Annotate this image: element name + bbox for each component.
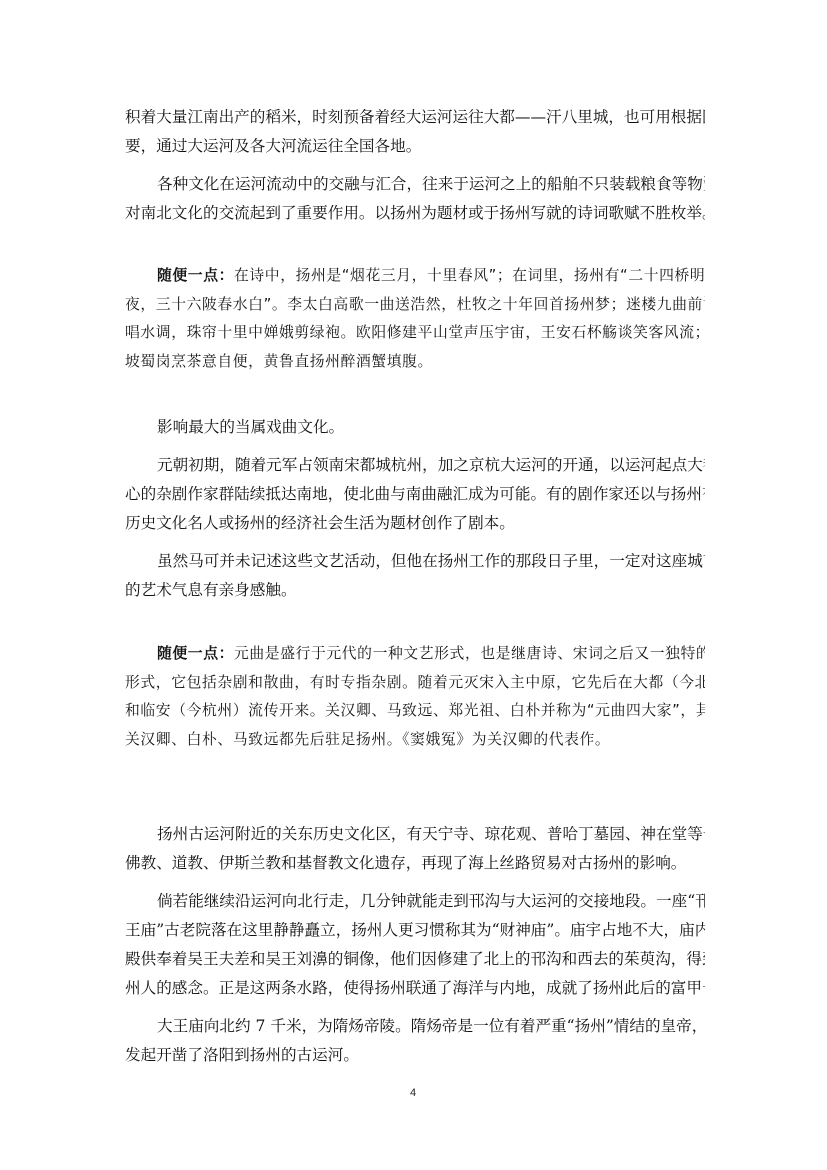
page-number: 4 <box>406 1084 420 1102</box>
paragraph-line: 王庙”古老院落在这里静静矗立，扬州人更习惯称其为“财神庙”。庙宇占地不大，庙内大 <box>125 919 705 941</box>
paragraph-line: 佛教、道教、伊斯兰教和基督教文化遗存，再现了海上丝路贸易对古扬州的影响。 <box>125 852 705 874</box>
note-label: 随便一点： <box>157 645 234 662</box>
note-line: 夜，三十六陂春水白”。李太白高歌一曲送浩然，杜牧之十年回首扬州梦；迷楼九曲前谁家 <box>125 294 705 316</box>
note-line: 唱水调，珠帘十里中婵娥剪绿袍。欧阳修建平山堂声压宇宙，王安石杯觞谈笑客风流；苏东 <box>125 322 705 344</box>
note-line: 随便一点：元曲是盛行于元代的一种文艺形式，也是继唐诗、宋词之后又一独特的文学 <box>157 643 705 665</box>
note-line: 坡蜀岗烹茶意自便，黄鲁直扬州醉酒蟹填腹。 <box>125 351 705 373</box>
note-text: 元曲是盛行于元代的一种文艺形式，也是继唐诗、宋词之后又一独特的文学 <box>234 645 705 662</box>
paragraph-line: 虽然马可并未记述这些文艺活动，但他在扬州工作的那段日子里，一定对这座城市浓郁 <box>157 550 705 572</box>
note-line: 关汉卿、白朴、马致远都先后驻足扬州。《窦娥冤》为关汉卿的代表作。 <box>125 729 705 751</box>
paragraph-line: 积着大量江南出产的稻米，时刻预备着经大运河运往大都——汗八里城，也可用根据国家需 <box>125 106 705 128</box>
paragraph-line: 要，通过大运河及各大河流运往全国各地。 <box>125 135 705 157</box>
note-text: 在诗中，扬州是“烟花三月，十里春风”；在词里，扬州有“二十四桥明月 <box>234 267 705 284</box>
note-line: 随便一点：在诗中，扬州是“烟花三月，十里春风”；在词里，扬州有“二十四桥明月 <box>157 265 705 287</box>
paragraph-line: 历史文化名人或扬州的经济社会生活为题材创作了剧本。 <box>125 512 705 534</box>
paragraph-line: 的艺术气息有亲身感触。 <box>125 579 705 601</box>
paragraph-line: 殿供奉着吴王夫差和吴王刘濞的铜像，他们因修建了北上的邗沟和西去的茱萸沟，得到了扬 <box>125 948 705 970</box>
note-line: 和临安（今杭州）流传开来。关汉卿、马致远、郑光祖、白朴并称为“元曲四大家”，其中 <box>125 700 705 722</box>
paragraph-line: 元朝初期，随着元军占领南宋都城杭州，加之京杭大运河的开通，以运河起点大都为中 <box>157 454 705 476</box>
paragraph-line: 心的杂剧作家群陆续抵达南地，使北曲与南曲融汇成为可能。有的剧作家还以与扬州有关的 <box>125 483 705 505</box>
paragraph-line: 影响最大的当属戏曲文化。 <box>157 416 705 438</box>
note-label: 随便一点： <box>157 267 234 284</box>
paragraph-line: 发起开凿了洛阳到扬州的古运河。 <box>125 1044 705 1066</box>
paragraph-line: 州人的感念。正是这两条水路，使得扬州联通了海洋与内地，成就了扬州此后的富甲一方。 <box>125 977 705 999</box>
note-line: 形式，它包括杂剧和散曲，有时专指杂剧。随着元灭宋入主中原，它先后在大都（今北京） <box>125 672 705 694</box>
paragraph-line: 扬州古运河附近的关东历史文化区，有天宁寺、琼花观、普哈丁墓园、神在堂等十余处 <box>157 823 705 845</box>
paragraph-line: 倘若能继续沿运河向北行走，几分钟就能走到邗沟与大运河的交接地段。一座“邗沟大 <box>157 890 705 912</box>
paragraph-line: 各种文化在运河流动中的交融与汇合，往来于运河之上的船舶不只装载粮食等物资，还 <box>157 173 705 195</box>
document-page: 积着大量江南出产的稻米，时刻预备着经大运河运往大都——汗八里城，也可用根据国家需… <box>0 0 827 1170</box>
paragraph-line: 对南北文化的交流起到了重要作用。以扬州为题材或于扬州写就的诗词歌赋不胜枚举。 <box>125 202 705 224</box>
paragraph-line: 大王庙向北约 7 千米，为隋炀帝陵。隋炀帝是一位有着严重“扬州”情结的皇帝，是他 <box>157 1015 705 1037</box>
